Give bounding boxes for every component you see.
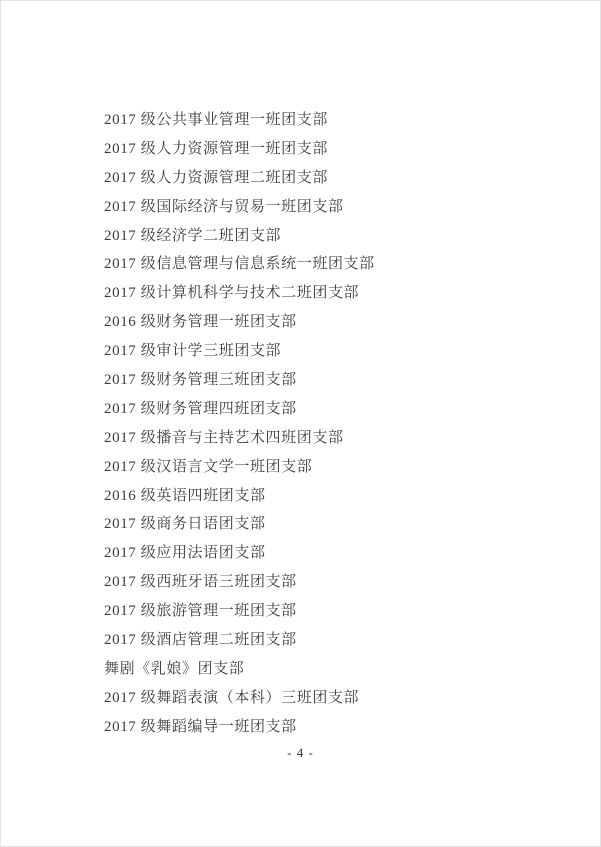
list-item: 2017 级舞蹈编导一班团支部 — [104, 713, 560, 742]
list-item: 2017 级国际经济与贸易一班团支部 — [104, 193, 560, 222]
list-item: 2017 级财务管理三班团支部 — [104, 366, 560, 395]
list-item: 2017 级计算机科学与技术二班团支部 — [104, 279, 560, 308]
list-item: 2017 级应用法语团支部 — [104, 539, 560, 568]
list-item: 2016 级财务管理一班团支部 — [104, 308, 560, 337]
list-item: 2017 级人力资源管理一班团支部 — [104, 135, 560, 164]
list-item: 2017 级人力资源管理二班团支部 — [104, 164, 560, 193]
list-item: 2017 级信息管理与信息系统一班团支部 — [104, 250, 560, 279]
list-item: 舞剧《乳娘》团支部 — [104, 655, 560, 684]
page-number: - 4 - — [1, 745, 600, 761]
list-item: 2016 级英语四班团支部 — [104, 482, 560, 511]
list-item: 2017 级播音与主持艺术四班团支部 — [104, 424, 560, 453]
list-item: 2017 级酒店管理二班团支部 — [104, 626, 560, 655]
list-item: 2017 级公共事业管理一班团支部 — [104, 106, 560, 135]
list-item: 2017 级西班牙语三班团支部 — [104, 568, 560, 597]
list-item: 2017 级汉语言文学一班团支部 — [104, 453, 560, 482]
branch-list: 2017 级公共事业管理一班团支部2017 级人力资源管理一班团支部2017 级… — [104, 106, 560, 742]
list-item: 2017 级审计学三班团支部 — [104, 337, 560, 366]
list-item: 2017 级舞蹈表演（本科）三班团支部 — [104, 684, 560, 713]
list-item: 2017 级旅游管理一班团支部 — [104, 597, 560, 626]
document-page: 2017 级公共事业管理一班团支部2017 级人力资源管理一班团支部2017 级… — [0, 0, 601, 847]
list-item: 2017 级财务管理四班团支部 — [104, 395, 560, 424]
list-item: 2017 级经济学二班团支部 — [104, 222, 560, 251]
list-item: 2017 级商务日语团支部 — [104, 510, 560, 539]
